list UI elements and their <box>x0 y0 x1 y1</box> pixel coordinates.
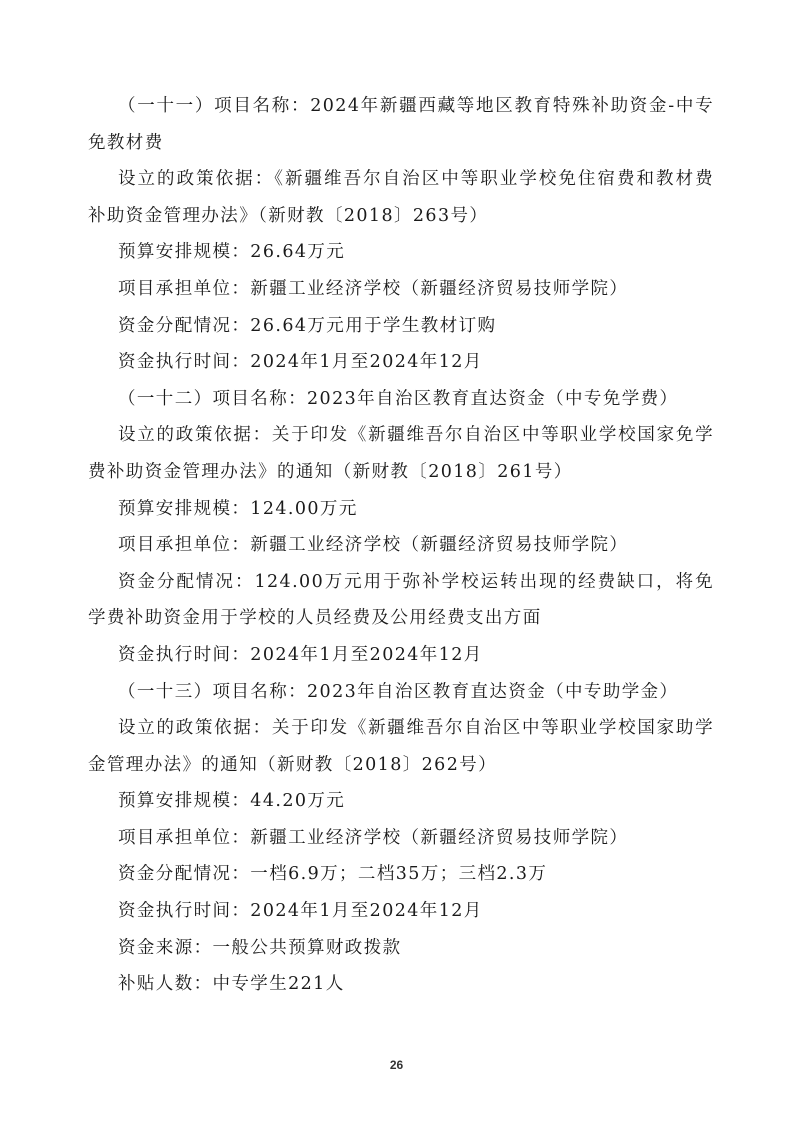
subsidy-count: 补贴人数：中专学生221人 <box>88 966 714 1003</box>
fund-allocation: 资金分配情况：124.00万元用于弥补学校运转出现的经费缺口，将免学费补助资金用… <box>88 564 714 637</box>
execution-period: 资金执行时间：2024年1月至2024年12月 <box>88 344 714 381</box>
responsible-unit: 项目承担单位：新疆工业经济学校（新疆经济贸易技师学院） <box>88 527 714 564</box>
project-title: （一十三）项目名称：2023年自治区教育直达资金（中专助学金） <box>88 674 714 711</box>
project-title: （一十二）项目名称：2023年自治区教育直达资金（中专免学费） <box>88 381 714 418</box>
section-project-13: （一十三）项目名称：2023年自治区教育直达资金（中专助学金） 设立的政策依据：… <box>88 674 714 1003</box>
execution-period: 资金执行时间：2024年1月至2024年12月 <box>88 893 714 930</box>
budget-scale: 预算安排规模：124.00万元 <box>88 491 714 528</box>
fund-allocation: 资金分配情况：26.64万元用于学生教材订购 <box>88 308 714 345</box>
execution-period: 资金执行时间：2024年1月至2024年12月 <box>88 637 714 674</box>
budget-scale: 预算安排规模：44.20万元 <box>88 783 714 820</box>
budget-scale: 预算安排规模：26.64万元 <box>88 234 714 271</box>
project-title: （一十一）项目名称：2024年新疆西藏等地区教育特殊补助资金-中专免教材费 <box>88 88 714 161</box>
responsible-unit: 项目承担单位：新疆工业经济学校（新疆经济贸易技师学院） <box>88 820 714 857</box>
policy-basis: 设立的政策依据：关于印发《新疆维吾尔自治区中等职业学校国家免学费补助资金管理办法… <box>88 417 714 490</box>
section-project-12: （一十二）项目名称：2023年自治区教育直达资金（中专免学费） 设立的政策依据：… <box>88 381 714 674</box>
fund-allocation: 资金分配情况：一档6.9万；二档35万；三档2.3万 <box>88 856 714 893</box>
document-body: （一十一）项目名称：2024年新疆西藏等地区教育特殊补助资金-中专免教材费 设立… <box>88 88 714 1003</box>
responsible-unit: 项目承担单位：新疆工业经济学校（新疆经济贸易技师学院） <box>88 271 714 308</box>
policy-basis: 设立的政策依据：《新疆维吾尔自治区中等职业学校免住宿费和教材费补助资金管理办法》… <box>88 161 714 234</box>
page-number: 26 <box>0 1058 793 1072</box>
fund-source: 资金来源：一般公共预算财政拨款 <box>88 930 714 967</box>
section-project-11: （一十一）项目名称：2024年新疆西藏等地区教育特殊补助资金-中专免教材费 设立… <box>88 88 714 381</box>
policy-basis: 设立的政策依据：关于印发《新疆维吾尔自治区中等职业学校国家助学金管理办法》的通知… <box>88 710 714 783</box>
